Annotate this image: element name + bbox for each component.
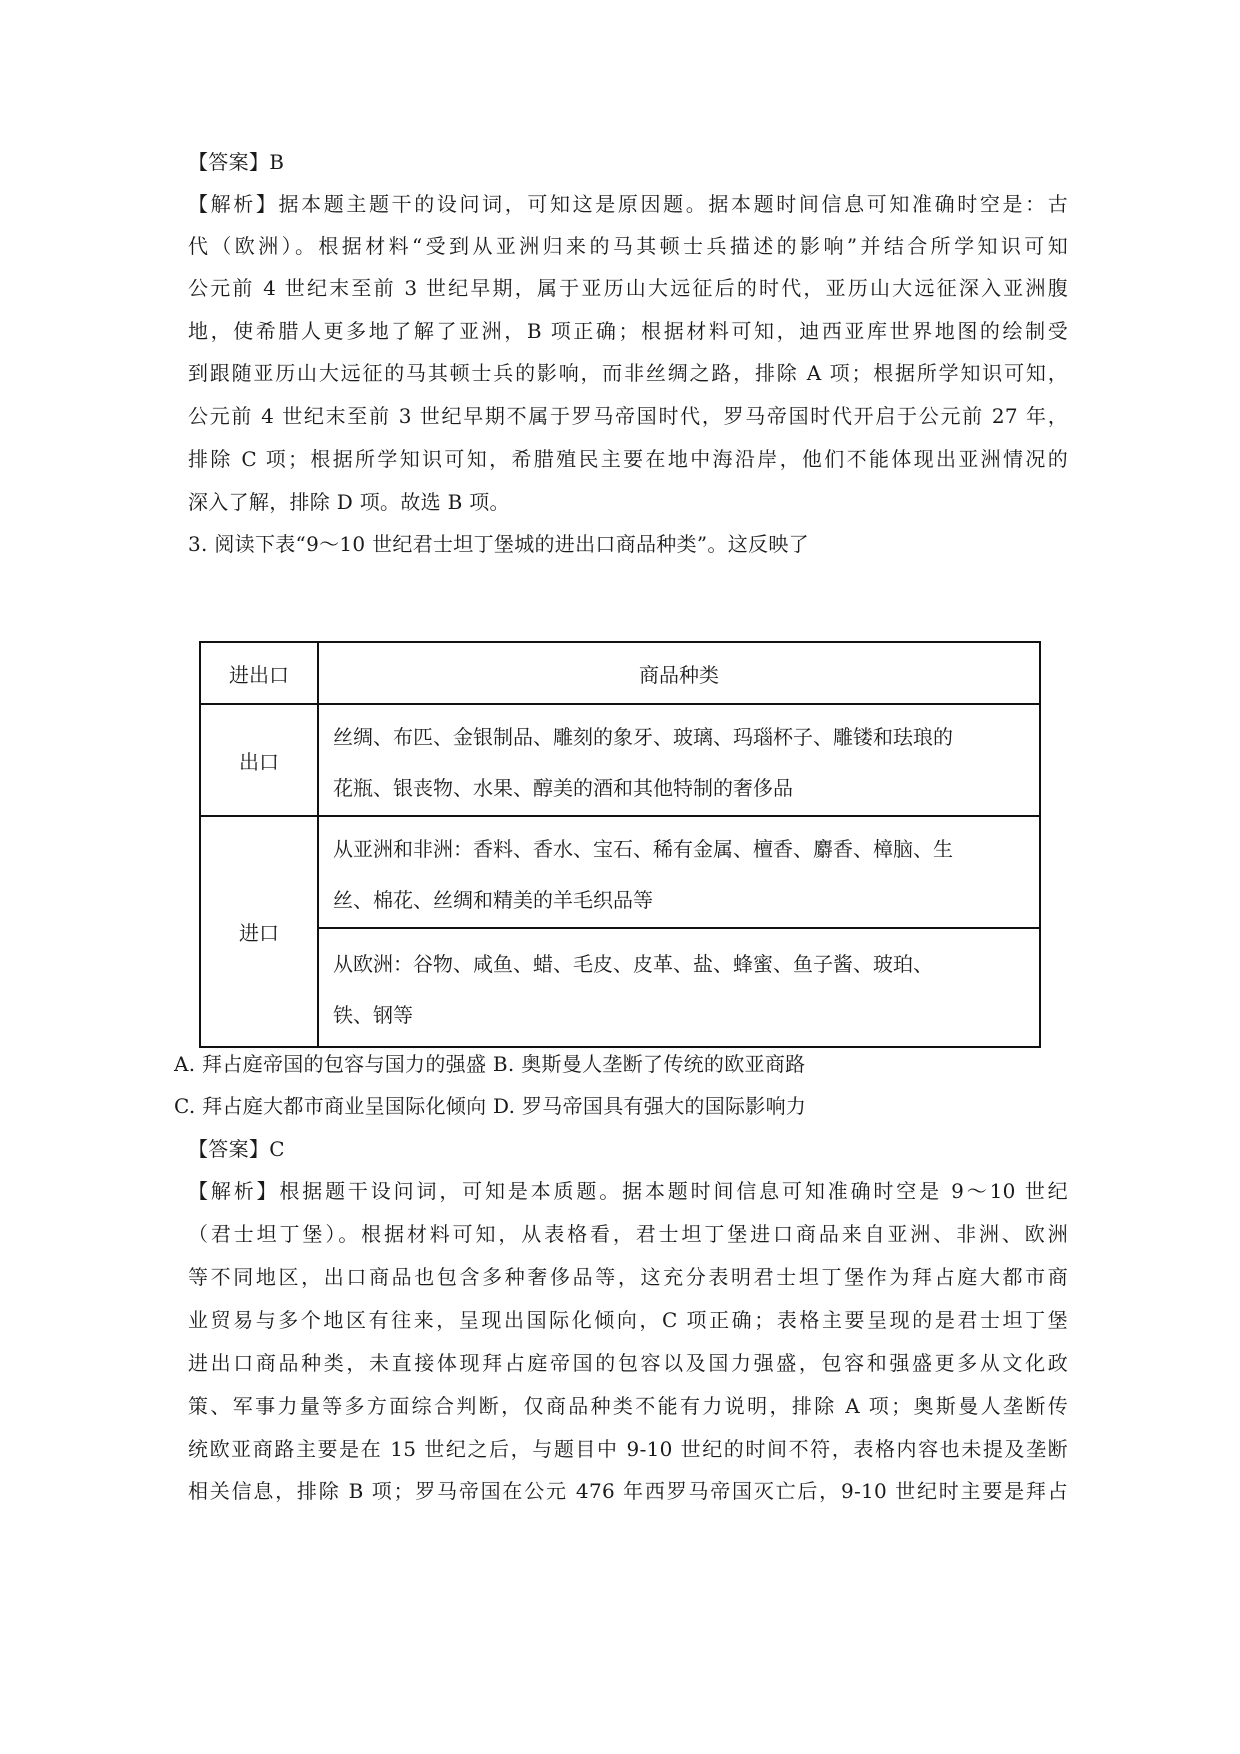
analysis-line: 公元前 4 世纪末至前 3 世纪早期，属于亚历山大远征后的时代，亚历山大远征深入… (188, 274, 1068, 302)
analysis-line: 地，使希腊人更多地了解了亚洲，B 项正确；根据材料可知，迪西亚库世界地图的绘制受 (188, 317, 1068, 345)
analysis-line: （君士坦丁堡）。根据材料可知，从表格看，君士坦丁堡进口商品来自亚洲、非洲、欧洲 (188, 1220, 1068, 1248)
analysis-line: 相关信息，排除 B 项；罗马帝国在公元 476 年西罗马帝国灭亡后，9-10 世… (188, 1477, 1068, 1505)
header-cell-trade-type: 进出口 (200, 642, 318, 704)
question-stem: 3. 阅读下表“9～10 世纪君士坦丁堡城的进出口商品种类”。这反映了 (188, 530, 1068, 558)
import-asia-africa-cell: 从亚洲和非洲：香料、香水、宝石、稀有金属、檀香、麝香、樟脑、生 丝、棉花、丝绸和… (318, 816, 1040, 928)
analysis-line: 【解析】据本题主题干的设问词，可知这是原因题。据本题时间信息可知准确时空是：古 (188, 190, 1068, 218)
options-line-cd: C. 拜占庭大都市商业呈国际化倾向 D. 罗马帝国具有强大的国际影响力 (174, 1092, 1054, 1120)
table-row-import-asia-africa: 进口 从亚洲和非洲：香料、香水、宝石、稀有金属、檀香、麝香、樟脑、生 丝、棉花、… (200, 816, 1040, 928)
trade-goods-table: 进出口 商品种类 出口 丝绸、布匹、金银制品、雕刻的象牙、玻璃、玛瑙杯子、雕镂和… (199, 641, 1041, 1048)
analysis-line: 深入了解，排除 D 项。故选 B 项。 (188, 488, 1068, 516)
export-goods-line: 花瓶、银丧物、水果、醇美的酒和其他特制的奢侈品 (333, 774, 1029, 802)
table-row-export: 出口 丝绸、布匹、金银制品、雕刻的象牙、玻璃、玛瑙杯子、雕镂和珐琅的 花瓶、银丧… (200, 704, 1040, 816)
analysis-line: 进出口商品种类，未直接体现拜占庭帝国的包容以及国力强盛，包容和强盛更多从文化政 (188, 1349, 1068, 1377)
answer-label-q3: 【答案】C (188, 1135, 1068, 1163)
import-goods-line: 从亚洲和非洲：香料、香水、宝石、稀有金属、檀香、麝香、樟脑、生 (333, 835, 1029, 863)
import-europe-cell: 从欧洲：谷物、咸鱼、蜡、毛皮、皮革、盐、蜂蜜、鱼子酱、玻珀、 铁、钢等 (318, 928, 1040, 1047)
document-page: 【答案】B 【解析】据本题主题干的设问词，可知这是原因题。据本题时间信息可知准确… (0, 0, 1240, 1754)
answer-label-q2: 【答案】B (188, 148, 1068, 176)
table-header-row: 进出口 商品种类 (200, 642, 1040, 704)
import-goods-line: 铁、钢等 (333, 1001, 1029, 1029)
analysis-line: 代（欧洲）。根据材料“受到从亚洲归来的马其顿士兵描述的影响”并结合所学知识可知 (188, 232, 1068, 260)
analysis-line: 统欧亚商路主要是在 15 世纪之后，与题目中 9-10 世纪的时间不符，表格内容… (188, 1435, 1068, 1463)
analysis-line: 业贸易与多个地区有往来，呈现出国际化倾向，C 项正确；表格主要呈现的是君士坦丁堡 (188, 1306, 1068, 1334)
analysis-line: 公元前 4 世纪末至前 3 世纪早期不属于罗马帝国时代，罗马帝国时代开启于公元前… (188, 402, 1068, 430)
analysis-line: 排除 C 项；根据所学知识可知，希腊殖民主要在地中海沿岸，他们不能体现出亚洲情况… (188, 445, 1068, 473)
export-goods-cell: 丝绸、布匹、金银制品、雕刻的象牙、玻璃、玛瑙杯子、雕镂和珐琅的 花瓶、银丧物、水… (318, 704, 1040, 816)
analysis-line: 【解析】根据题干设问词，可知是本质题。据本题时间信息可知准确时空是 9～10 世… (188, 1177, 1068, 1205)
header-cell-goods-type: 商品种类 (318, 642, 1040, 704)
import-label: 进口 (200, 816, 318, 1047)
export-label: 出口 (200, 704, 318, 816)
export-goods-line: 丝绸、布匹、金银制品、雕刻的象牙、玻璃、玛瑙杯子、雕镂和珐琅的 (333, 723, 1029, 751)
table-row-import-europe: 从欧洲：谷物、咸鱼、蜡、毛皮、皮革、盐、蜂蜜、鱼子酱、玻珀、 铁、钢等 (200, 928, 1040, 1047)
options-line-ab: A. 拜占庭帝国的包容与国力的强盛 B. 奥斯曼人垄断了传统的欧亚商路 (174, 1050, 1054, 1078)
analysis-line: 等不同地区，出口商品也包含多种奢侈品等，这充分表明君士坦丁堡作为拜占庭大都市商 (188, 1263, 1068, 1291)
import-goods-line: 丝、棉花、丝绸和精美的羊毛织品等 (333, 886, 1029, 914)
analysis-line: 到跟随亚历山大远征的马其顿士兵的影响，而非丝绸之路，排除 A 项；根据所学知识可… (188, 359, 1068, 387)
import-goods-line: 从欧洲：谷物、咸鱼、蜡、毛皮、皮革、盐、蜂蜜、鱼子酱、玻珀、 (333, 950, 1029, 978)
analysis-line: 策、军事力量等多方面综合判断，仅商品种类不能有力说明，排除 A 项；奥斯曼人垄断… (188, 1392, 1068, 1420)
